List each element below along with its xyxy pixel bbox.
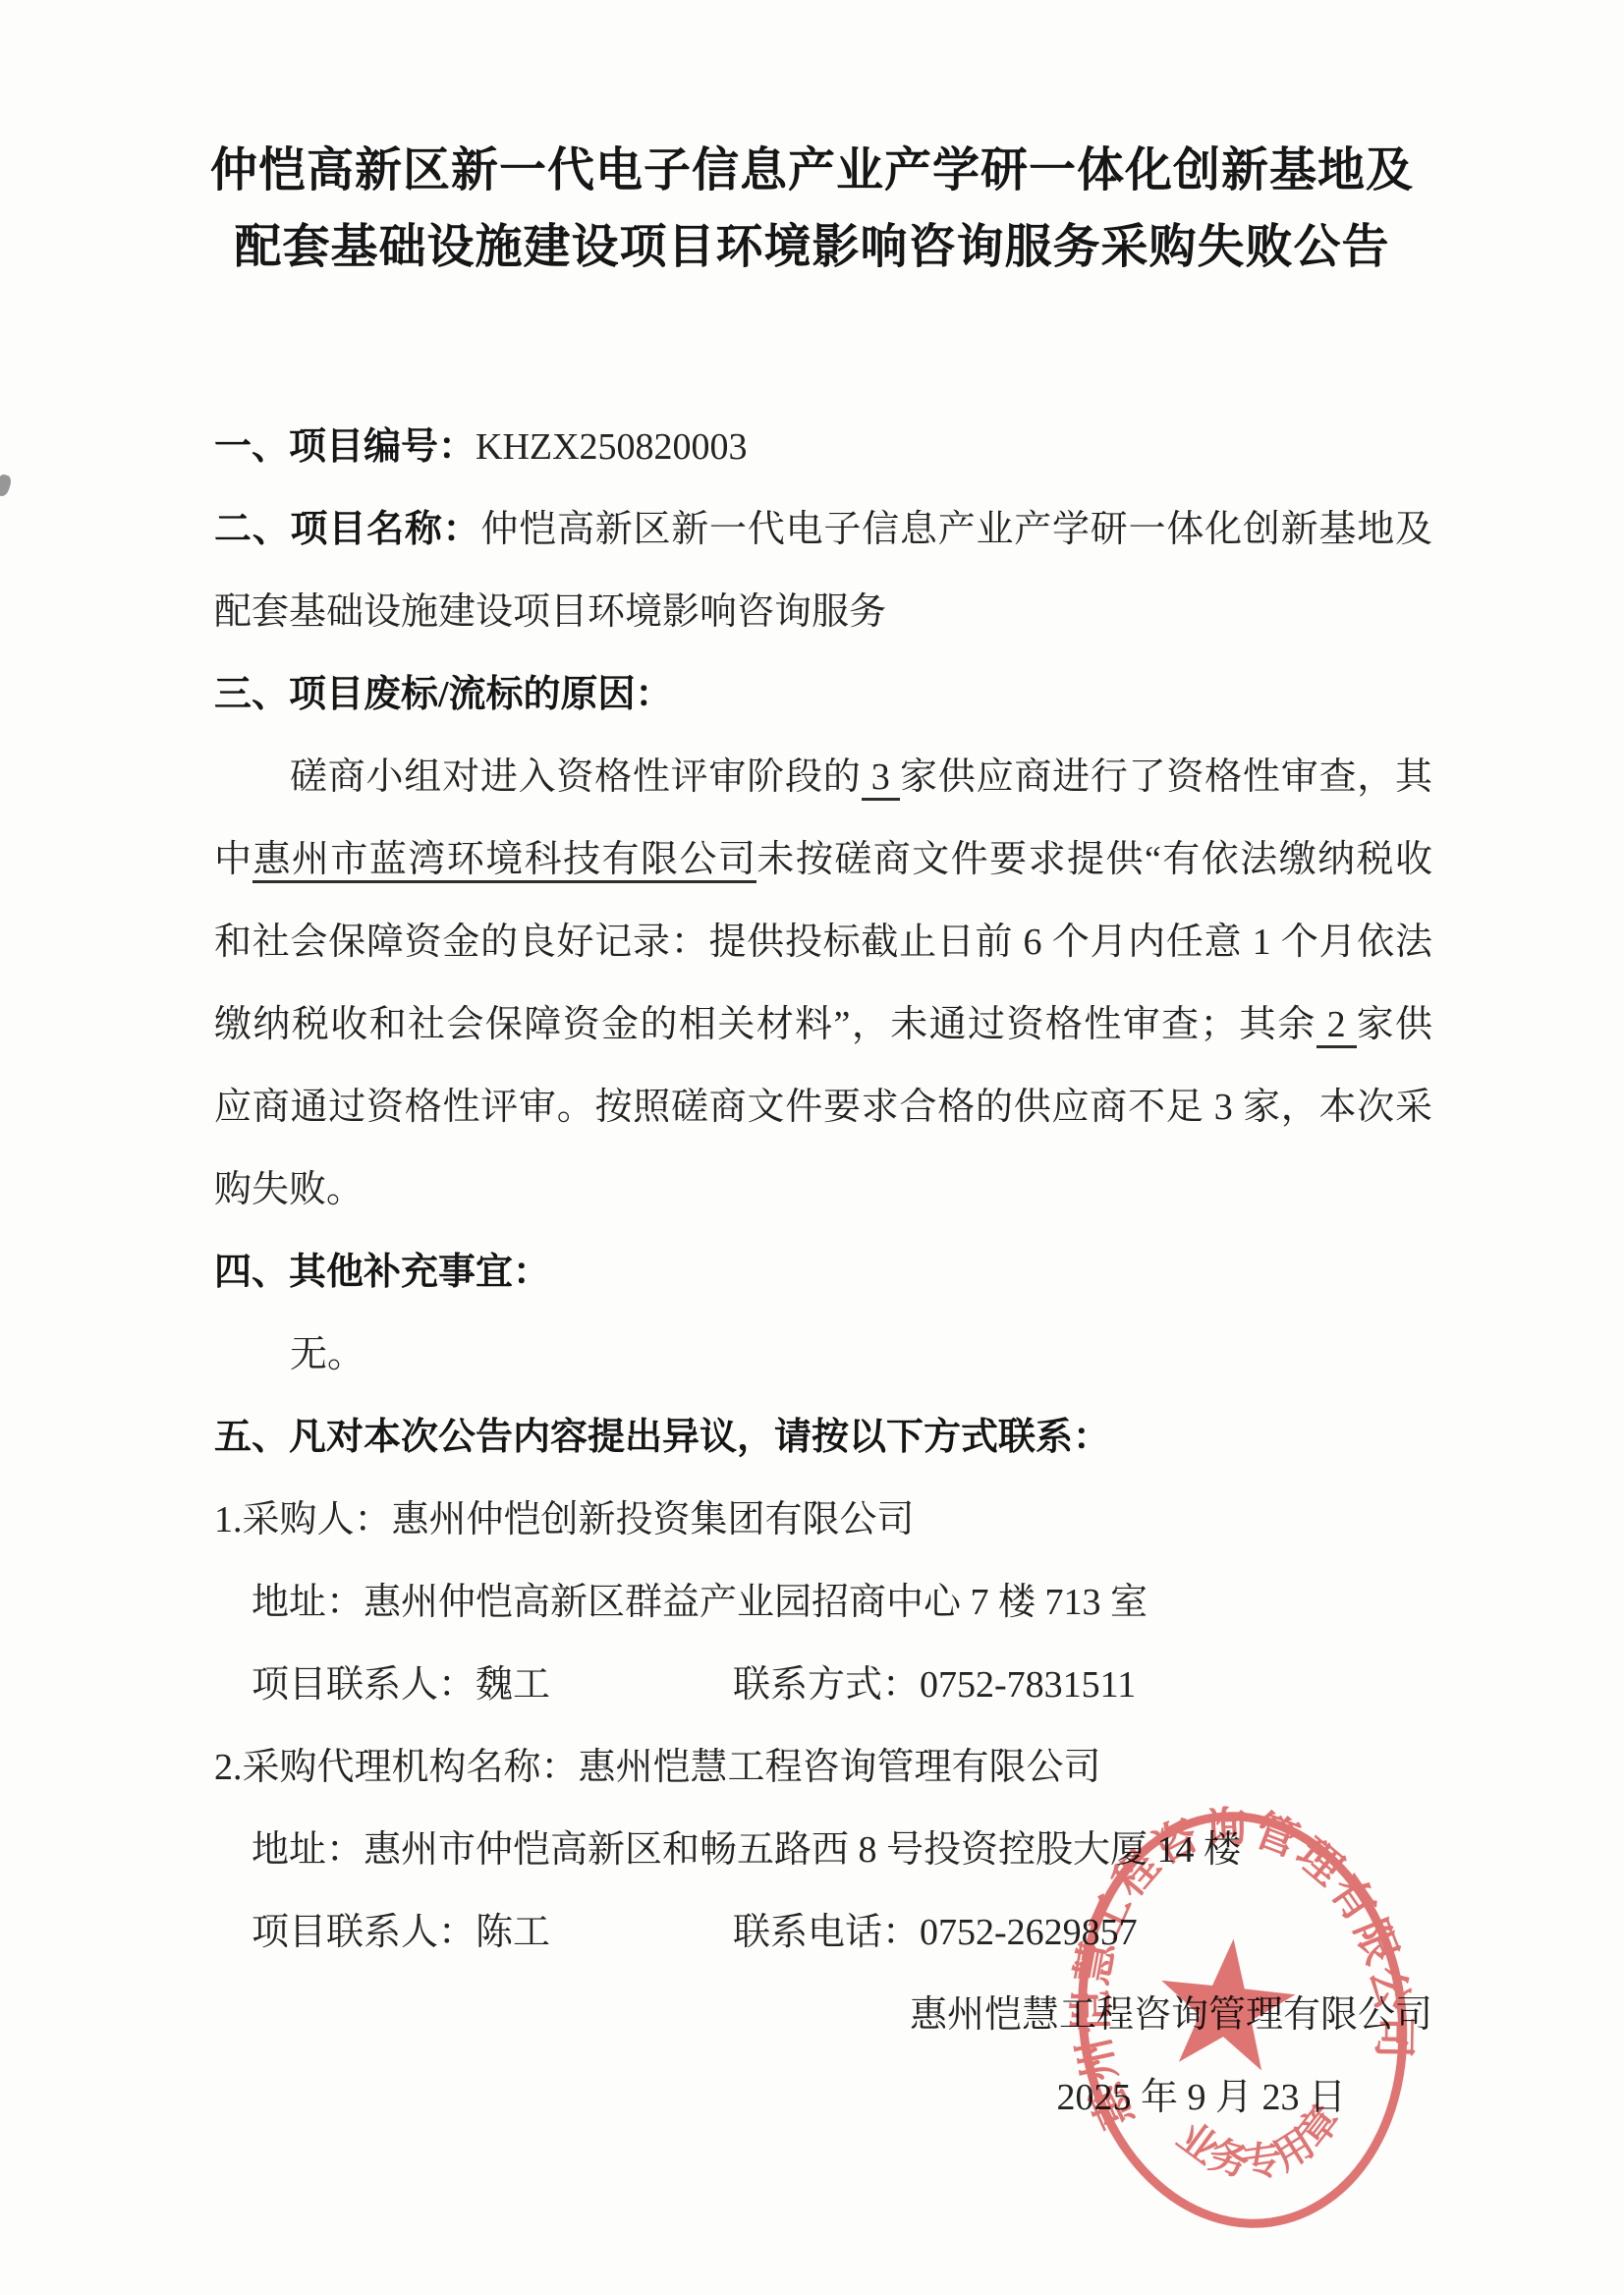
reason-text: 家供 <box>1357 1004 1432 1045</box>
section-4-label: 四、其他补充事宜： <box>214 1252 550 1293</box>
reason-paragraph-line-2: 中惠州市蓝湾环境科技有限公司未按磋商文件要求提供“有依法缴纳税收 <box>214 818 1432 901</box>
section-4-heading: 四、其他补充事宜： <box>214 1231 1432 1314</box>
title-line-1: 仲恺高新区新一代电子信息产业产学研一体化创新基地及 <box>0 133 1624 209</box>
section-3-label: 三、项目废标/流标的原因： <box>214 674 673 715</box>
reason-paragraph-line-6: 购失败。 <box>214 1148 1432 1231</box>
reason-text: 磋商小组对进入资格性评审阶段的 <box>290 756 862 798</box>
none-text: 无。 <box>290 1334 364 1375</box>
reason-paragraph-line-4: 缴纳税收和社会保障资金的相关材料”，未通过资格性审查；其余 2 家供 <box>214 983 1432 1066</box>
reason-text: 中 <box>214 839 252 880</box>
signature-company: 惠州恺慧工程咨询管理有限公司 <box>910 1994 1432 2036</box>
reason-text: 应商通过资格性评审。按照磋商文件要求合格的供应商不足 3 家，本次采 <box>214 1087 1432 1128</box>
agency-address: 地址：惠州市仲恺高新区和畅五路西 8 号投资控股大厦 14 楼 <box>252 1829 1241 1871</box>
passed-count-underlined: 2 <box>1316 1004 1357 1048</box>
agency-contact-line: 项目联系人：陈工联系电话：0752-2629857 <box>214 1891 1432 1974</box>
supplier-count-underlined: 3 <box>862 756 901 801</box>
buyer-address: 地址：惠州仲恺高新区群益产业园招商中心 7 楼 713 室 <box>252 1582 1148 1623</box>
reason-text: 和社会保障资金的良好记录：提供投标截止日前 6 个月内任意 1 个月依法 <box>214 922 1432 963</box>
reason-paragraph-line-1: 磋商小组对进入资格性评审阶段的 3 家供应商进行了资格性审查，其 <box>214 736 1432 818</box>
section-4-value: 无。 <box>214 1314 1432 1396</box>
document-body: 一、项目编号：KHZX250820003 二、项目名称：仲恺高新区新一代电子信息… <box>214 406 1432 2139</box>
section-2-project-name: 二、项目名称：仲恺高新区新一代电子信息产业产学研一体化创新基地及 <box>214 488 1432 571</box>
project-number-value: KHZX250820003 <box>476 426 748 468</box>
title-line-2: 配套基础设施建设项目环境影响咨询服务采购失败公告 <box>0 209 1624 286</box>
signature-date-line: 2025 年 9 月 23 日 <box>214 2056 1432 2139</box>
project-name-part-1: 仲恺高新区新一代电子信息产业产学研一体化创新基地及 <box>480 509 1432 550</box>
project-name-part-2: 配套基础设施建设项目环境影响咨询服务 <box>214 591 886 633</box>
reason-text: 家供应商进行了资格性审查，其 <box>900 756 1432 798</box>
section-1-label: 一、项目编号： <box>214 426 476 468</box>
section-2-project-name-wrap: 配套基础设施建设项目环境影响咨询服务 <box>214 571 1432 653</box>
buyer-phone: 联系方式：0752-7831511 <box>733 1664 1136 1706</box>
section-5-heading: 五、凡对本次公告内容提出异议，请按以下方式联系： <box>214 1396 1432 1479</box>
section-1-project-number: 一、项目编号：KHZX250820003 <box>214 406 1432 488</box>
scan-artifact <box>0 473 13 497</box>
buyer-contact-person: 项目联系人：魏工 <box>252 1664 550 1706</box>
document-page: 仲恺高新区新一代电子信息产业产学研一体化创新基地及 配套基础设施建设项目环境影响… <box>0 0 1624 2295</box>
reason-text: 缴纳税收和社会保障资金的相关材料”，未通过资格性审查；其余 <box>214 1004 1316 1045</box>
agency-address-line: 地址：惠州市仲恺高新区和畅五路西 8 号投资控股大厦 14 楼 <box>214 1809 1432 1891</box>
supplier-name-underlined: 惠州市蓝湾环境科技有限公司 <box>252 839 756 883</box>
reason-paragraph-line-3: 和社会保障资金的良好记录：提供投标截止日前 6 个月内任意 1 个月依法 <box>214 901 1432 983</box>
reason-paragraph-line-5: 应商通过资格性评审。按照磋商文件要求合格的供应商不足 3 家，本次采 <box>214 1066 1432 1148</box>
buyer-contact-line: 项目联系人：魏工联系方式：0752-7831511 <box>214 1644 1432 1726</box>
buyer-name: 1.采购人：惠州仲恺创新投资集团有限公司 <box>214 1499 915 1540</box>
signature-company-line: 惠州恺慧工程咨询管理有限公司 <box>214 1974 1432 2056</box>
agency-line: 2.采购代理机构名称：惠州恺慧工程咨询管理有限公司 <box>214 1726 1432 1809</box>
agency-phone: 联系电话：0752-2629857 <box>733 1912 1138 1953</box>
agency-name: 2.采购代理机构名称：惠州恺慧工程咨询管理有限公司 <box>214 1747 1101 1788</box>
reason-text: 购失败。 <box>214 1169 364 1210</box>
section-5-label: 五、凡对本次公告内容提出异议，请按以下方式联系： <box>214 1417 1110 1458</box>
section-3-heading: 三、项目废标/流标的原因： <box>214 653 1432 736</box>
signature-date: 2025 年 9 月 23 日 <box>1056 2077 1346 2118</box>
buyer-line: 1.采购人：惠州仲恺创新投资集团有限公司 <box>214 1479 1432 1561</box>
section-2-label: 二、项目名称： <box>214 509 480 550</box>
document-title: 仲恺高新区新一代电子信息产业产学研一体化创新基地及 配套基础设施建设项目环境影响… <box>0 133 1624 286</box>
buyer-address-line: 地址：惠州仲恺高新区群益产业园招商中心 7 楼 713 室 <box>214 1561 1432 1644</box>
agency-contact-person: 项目联系人：陈工 <box>252 1912 550 1953</box>
reason-text: 未按磋商文件要求提供“有依法缴纳税收 <box>756 839 1432 880</box>
